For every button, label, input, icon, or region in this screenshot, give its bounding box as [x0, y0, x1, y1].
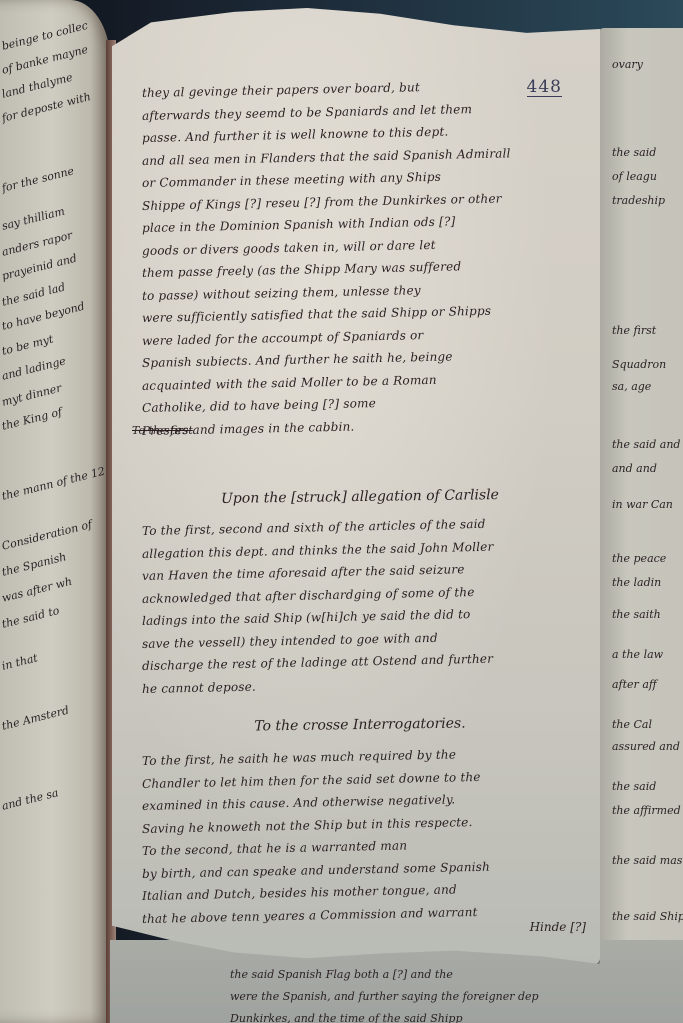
- right-fragment: ovary: [612, 58, 643, 71]
- left-fragment: the mann of the 12: [0, 465, 106, 503]
- left-fragment: Consideration of: [0, 518, 93, 553]
- manuscript-photo: beinge to collec of banke mayne land tha…: [0, 0, 683, 1023]
- right-fragment: the ladin: [612, 576, 661, 589]
- cross-interrogatories-heading: To the crosse Interrogatories.: [142, 707, 578, 743]
- right-fragment: the said Shipp: [612, 910, 683, 923]
- right-fragment: the said: [612, 146, 656, 159]
- left-fragment: for the sonne: [0, 164, 75, 194]
- left-fragment: and the sa: [0, 786, 59, 813]
- left-fragment: myt dinner: [0, 381, 62, 408]
- left-fragment: the King of: [0, 405, 63, 433]
- signature: Hinde [?]: [530, 920, 586, 934]
- right-fragment: Squadron: [612, 358, 666, 371]
- right-fragment: the said and: [612, 438, 680, 451]
- right-fragment: tradeship: [612, 194, 665, 207]
- right-fragment: the said: [612, 780, 656, 793]
- left-fragment: in that: [0, 651, 39, 672]
- right-facing-page: ovary the said of leagu tradeship the fi…: [598, 28, 683, 1023]
- allegation-heading-block: Upon the [struck] allegation of Carlisle: [142, 482, 578, 512]
- right-fragment: of leagu: [612, 170, 657, 183]
- left-facing-page: beinge to collec of banke mayne land tha…: [0, 0, 110, 1023]
- deposition-paragraph: they al gevinge their papers over board,…: [142, 82, 578, 442]
- left-fragment: the Amsterd: [0, 704, 70, 733]
- right-fragment: the Cal: [612, 718, 652, 731]
- left-fragment: to be myt: [0, 332, 54, 357]
- right-fragment: the affirmed: [612, 804, 681, 817]
- allegation-answer-paragraph: To the first, second and sixth of the ar…: [142, 520, 578, 700]
- bottom-fragment: the said Spanish Flag both a [?] and the: [230, 968, 453, 981]
- right-fragment: the peace: [612, 552, 666, 565]
- left-fragment: the said to: [0, 604, 60, 631]
- right-fragment: after aff: [612, 678, 657, 691]
- cross-interrogatories-heading-block: To the crosse Interrogatories.: [142, 710, 578, 740]
- left-fragment: the Spanish: [0, 550, 67, 579]
- right-fragment: sa, age: [612, 380, 651, 393]
- bottom-fragment: were the Spanish, and further saying the…: [230, 990, 539, 1003]
- right-fragment: in war Can: [612, 498, 673, 511]
- right-fragment: and and: [612, 462, 657, 475]
- bottom-fragment: Dunkirkes, and the time of the said Ship…: [230, 1012, 463, 1023]
- right-fragment: a the law: [612, 648, 663, 661]
- struck-margin-note: To the first: [132, 424, 193, 437]
- left-fragment: say thilliam: [0, 205, 66, 233]
- left-fragment: the said lad: [0, 280, 66, 308]
- left-fragment: was after wh: [0, 575, 73, 605]
- right-fragment: the said master: [612, 854, 683, 867]
- main-folio-page: 448 they al gevinge their papers over bo…: [112, 8, 600, 964]
- right-fragment: the first: [612, 324, 656, 337]
- left-fragment: and ladinge: [0, 354, 67, 382]
- right-fragment: the saith: [612, 608, 661, 621]
- cross-answer-paragraph: To the first, he saith he was much requi…: [142, 750, 578, 930]
- allegation-heading: Upon the [struck] allegation of Carlisle: [142, 479, 578, 515]
- right-fragment: assured and: [612, 740, 680, 753]
